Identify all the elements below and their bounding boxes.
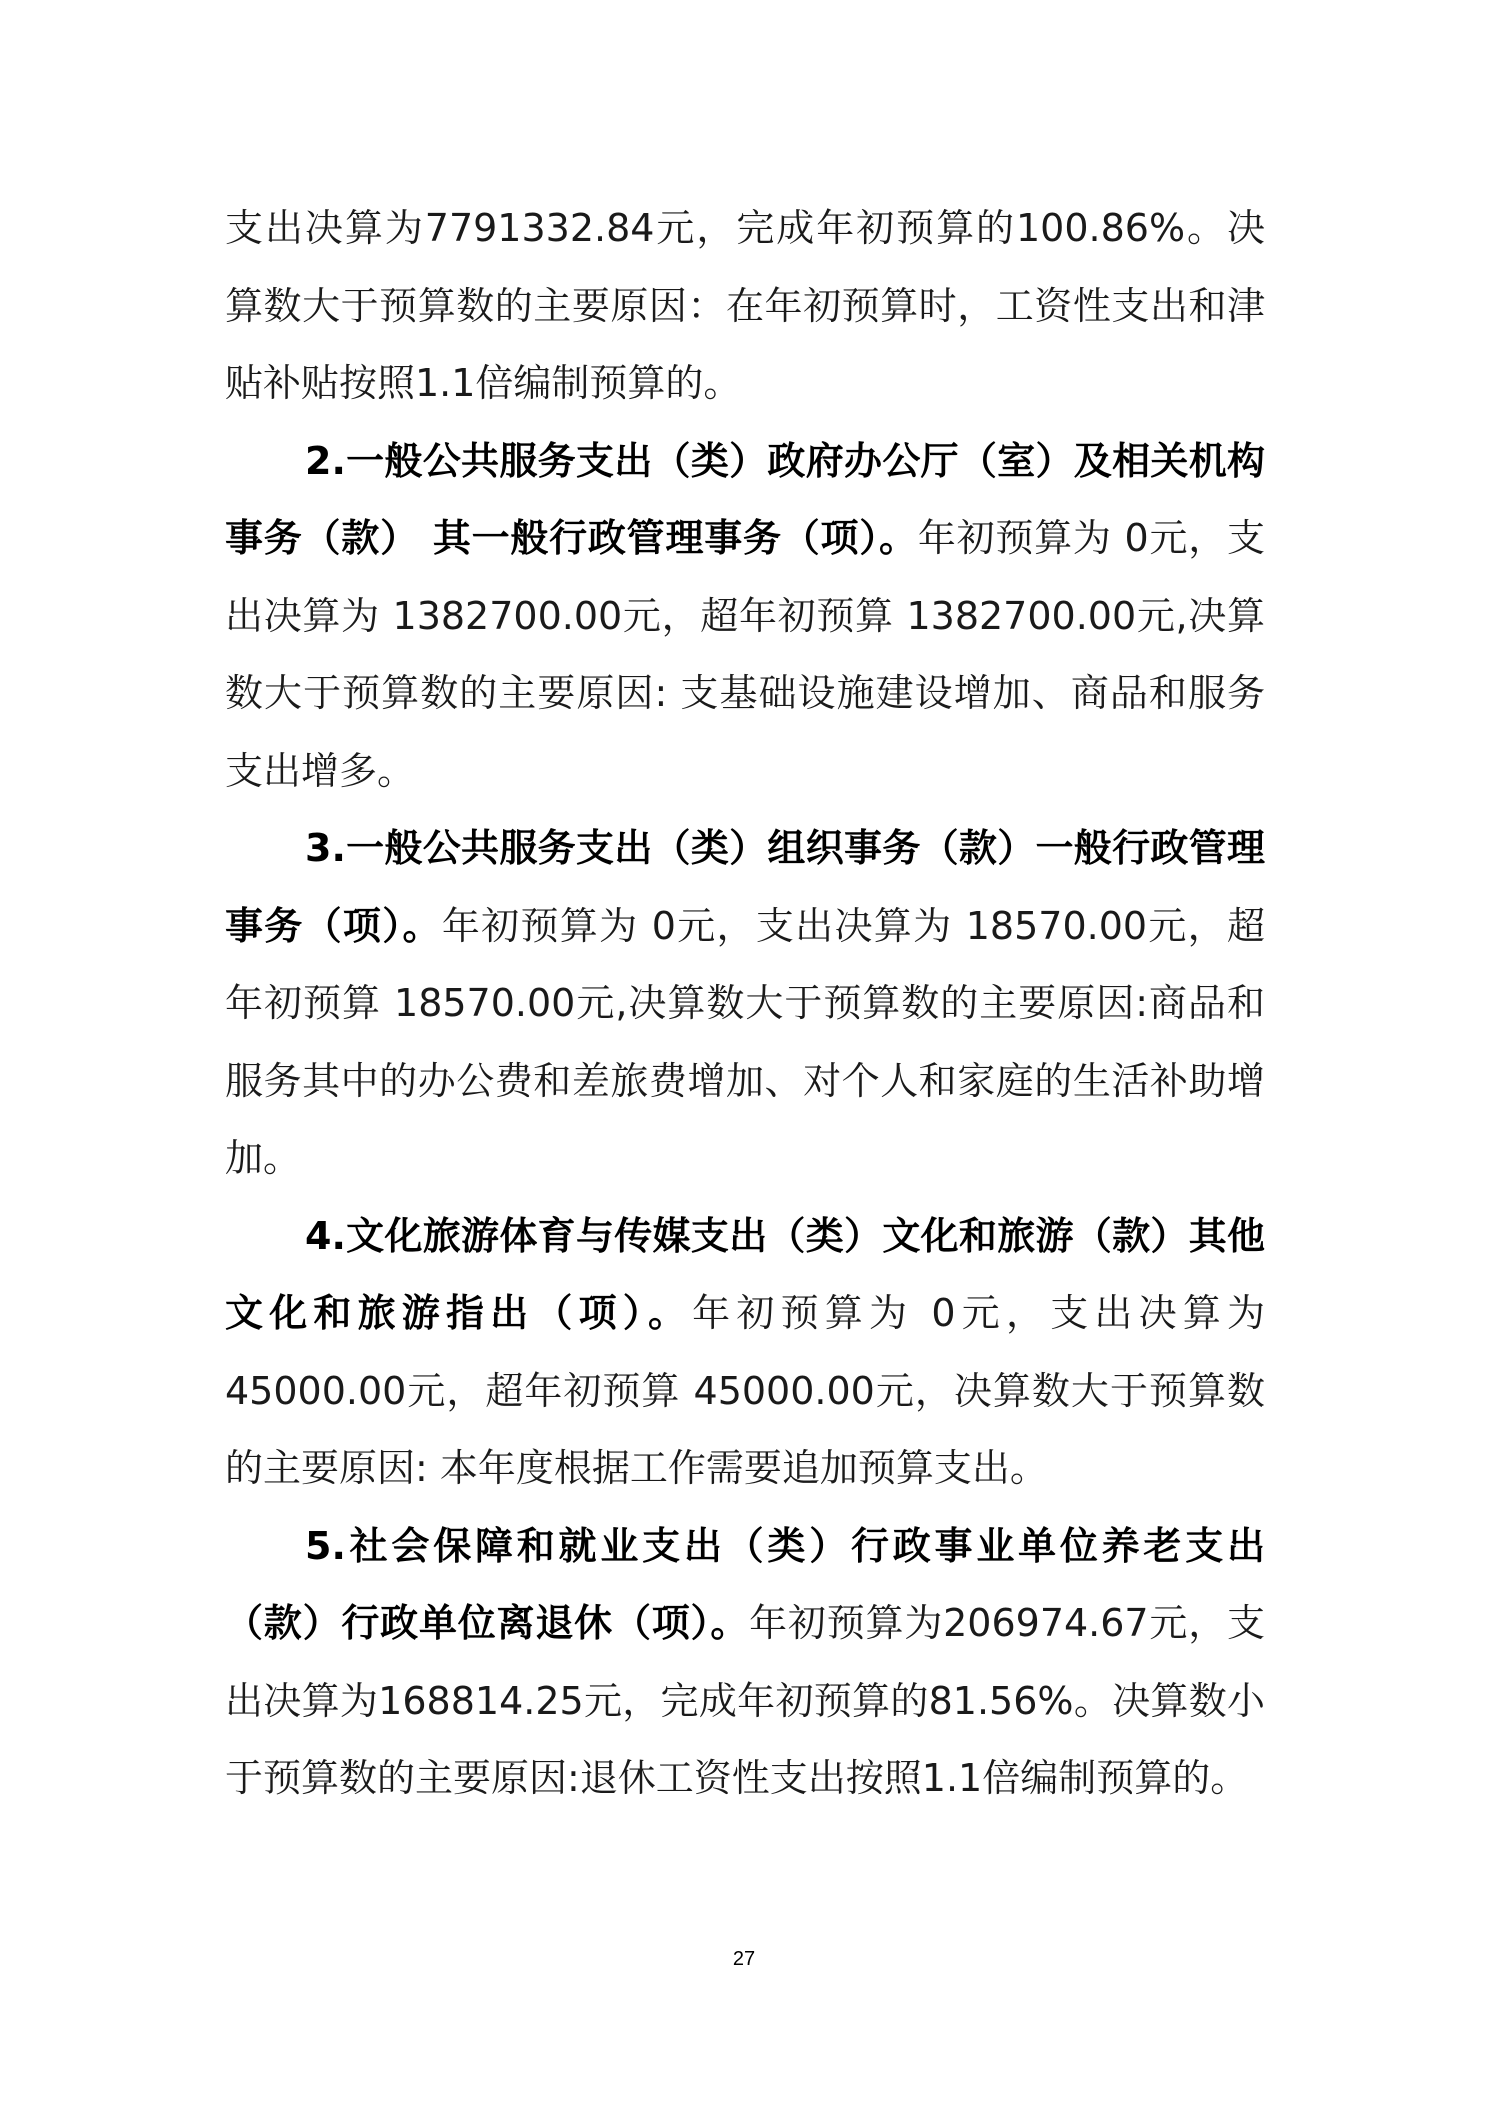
document-body: 支出决算为7791332.84元，完成年初预算的100.86%。决算数大于预算数… <box>225 190 1265 1818</box>
paragraph-continuation: 支出决算为7791332.84元，完成年初预算的100.86%。决算数大于预算数… <box>225 190 1265 423</box>
paragraph-item-5: 5.社会保障和就业支出（类）行政事业单位养老支出（款）行政单位离退休（项）。年初… <box>225 1508 1265 1818</box>
paragraph-item-2: 2.一般公共服务支出（类）政府办公厅（室）及相关机构事务（款） 其一般行政管理事… <box>225 423 1265 811</box>
document-page: 支出决算为7791332.84元，完成年初预算的100.86%。决算数大于预算数… <box>0 0 1488 2105</box>
page-number: 27 <box>0 1948 1488 1971</box>
paragraph-item-3: 3.一般公共服务支出（类）组织事务（款）一般行政管理事务（项）。年初预算为 0元… <box>225 810 1265 1198</box>
paragraph-item-4: 4.文化旅游体育与传媒支出（类）文化和旅游（款）其他文化和旅游指出（项）。年初预… <box>225 1198 1265 1508</box>
paragraph-text: 支出决算为7791332.84元，完成年初预算的100.86%。决算数大于预算数… <box>225 206 1265 405</box>
